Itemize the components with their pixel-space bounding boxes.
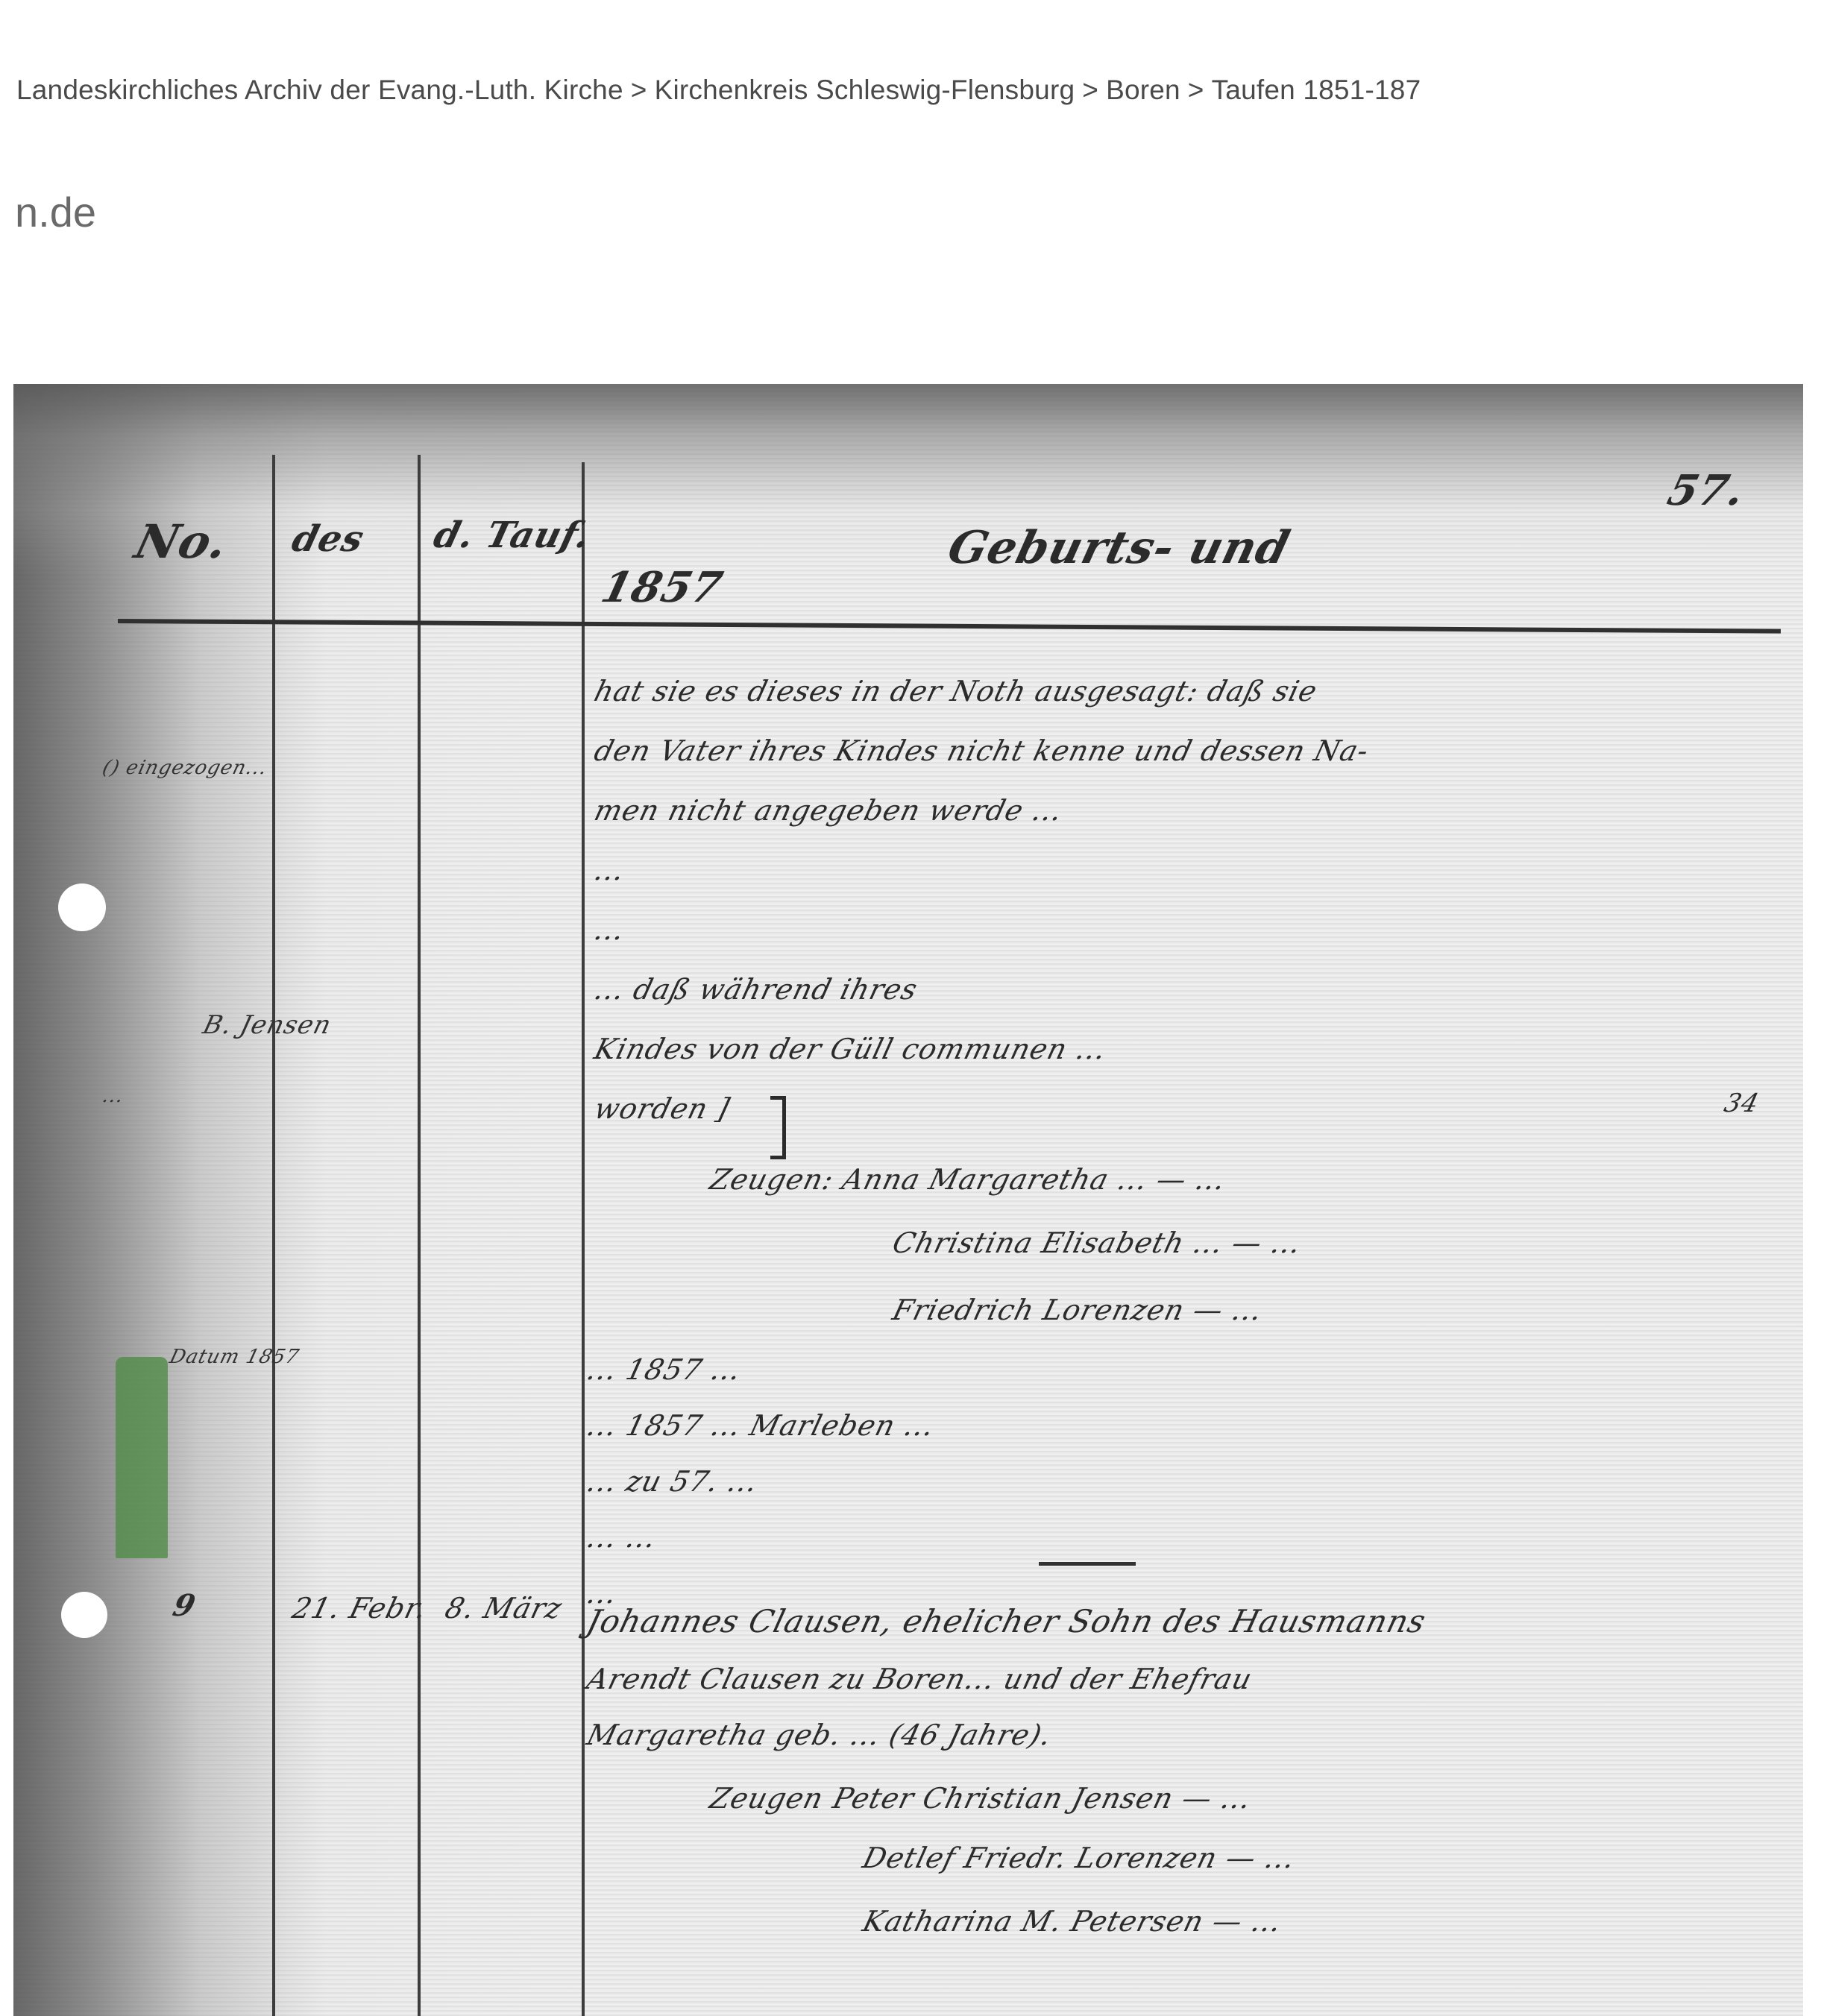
text-line: worden ] bbox=[591, 1092, 734, 1125]
sponsor-line: Detlef Friedr. Lorenzen — ... bbox=[860, 1842, 1299, 1874]
text-line: ... bbox=[591, 913, 629, 946]
sponsor-line: Katharina M. Petersen — ... bbox=[860, 1905, 1286, 1938]
separator-rule bbox=[1039, 1562, 1136, 1566]
text-line: ... daß während ihres bbox=[591, 973, 922, 1006]
margin-annotation: 34 bbox=[1721, 1089, 1762, 1118]
text-line: men nicht angegeben werde ... bbox=[591, 794, 1066, 827]
text-line: hat sie es dieses in der Noth ausgesagt:… bbox=[591, 675, 1321, 708]
text-line: ... ... bbox=[584, 1521, 661, 1554]
text-line: ... 1857 ... bbox=[584, 1353, 745, 1386]
breadcrumb-separator: > bbox=[631, 75, 647, 105]
punch-hole bbox=[61, 1592, 107, 1638]
sponsors-label: Zeugen bbox=[707, 1782, 828, 1815]
site-domain-fragment: n.de bbox=[15, 188, 96, 236]
sponsor-line: Christina Elisabeth ... — ... bbox=[890, 1226, 1305, 1259]
breadcrumb-item-kirchenkreis[interactable]: Kirchenkreis Schleswig-Flensburg bbox=[655, 75, 1075, 105]
margin-signature: B. Jensen bbox=[200, 1010, 335, 1040]
bracket-mark bbox=[770, 1096, 786, 1159]
entry-text-line: Johannes Clausen, ehelicher Sohn des Hau… bbox=[583, 1603, 1430, 1639]
entry-birth-date: 21. Febr. bbox=[289, 1592, 431, 1625]
sponsor-line: Friedrich Lorenzen — ... bbox=[890, 1294, 1266, 1326]
breadcrumb: Landeskirchliches Archiv der Evang.-Luth… bbox=[16, 75, 1421, 106]
breadcrumb-item-parish[interactable]: Boren bbox=[1106, 75, 1180, 105]
header-col-number: No. bbox=[130, 514, 234, 569]
green-marker-highlight bbox=[116, 1357, 168, 1558]
punch-hole bbox=[58, 883, 106, 931]
header-rule bbox=[118, 619, 1781, 634]
header-year: 1857 bbox=[597, 563, 728, 612]
breadcrumb-item-archive[interactable]: Landeskirchliches Archiv der Evang.-Luth… bbox=[16, 75, 623, 105]
text-line: ... zu 57. ... bbox=[584, 1465, 762, 1498]
margin-note: Datum 1857 bbox=[167, 1346, 301, 1368]
sponsor-line: Zeugen: Anna Margaretha ... — ... bbox=[707, 1163, 1230, 1196]
header-col-baptized: d. Tauf. bbox=[430, 514, 595, 556]
text-line: ... 1857 ... Marleben ... bbox=[584, 1409, 938, 1442]
column-divider bbox=[418, 455, 421, 2016]
header-title: Geburts- und bbox=[943, 522, 1295, 574]
entry-text-line: Arendt Clausen zu Boren... und der Ehefr… bbox=[584, 1663, 1256, 1695]
text-line: Kindes von der Güll communen ... bbox=[591, 1033, 1110, 1065]
register-page-scan: No. des d. Tauf. 1857 Geburts- und 57. h… bbox=[13, 384, 1803, 2016]
entry-number: 9 bbox=[169, 1588, 200, 1623]
breadcrumb-separator: > bbox=[1188, 75, 1204, 105]
text-line: den Vater ihres Kindes nicht kenne und d… bbox=[591, 734, 1373, 767]
entry-baptism-date: 8. März bbox=[442, 1592, 566, 1625]
sponsor-line: Peter Christian Jensen — ... bbox=[830, 1782, 1255, 1815]
text-line: ... bbox=[591, 854, 629, 886]
header-col-born: des bbox=[288, 518, 368, 560]
breadcrumb-item-book[interactable]: Taufen 1851-187 bbox=[1212, 75, 1421, 105]
entry-text-line: Margaretha geb. ... (46 Jahre). bbox=[584, 1719, 1056, 1751]
margin-note: ... bbox=[100, 1085, 126, 1107]
column-divider bbox=[582, 462, 585, 2016]
breadcrumb-separator: > bbox=[1082, 75, 1098, 105]
page-number: 57. bbox=[1663, 466, 1750, 515]
margin-note: () eingezogen... bbox=[100, 757, 269, 779]
column-divider bbox=[272, 455, 275, 2016]
